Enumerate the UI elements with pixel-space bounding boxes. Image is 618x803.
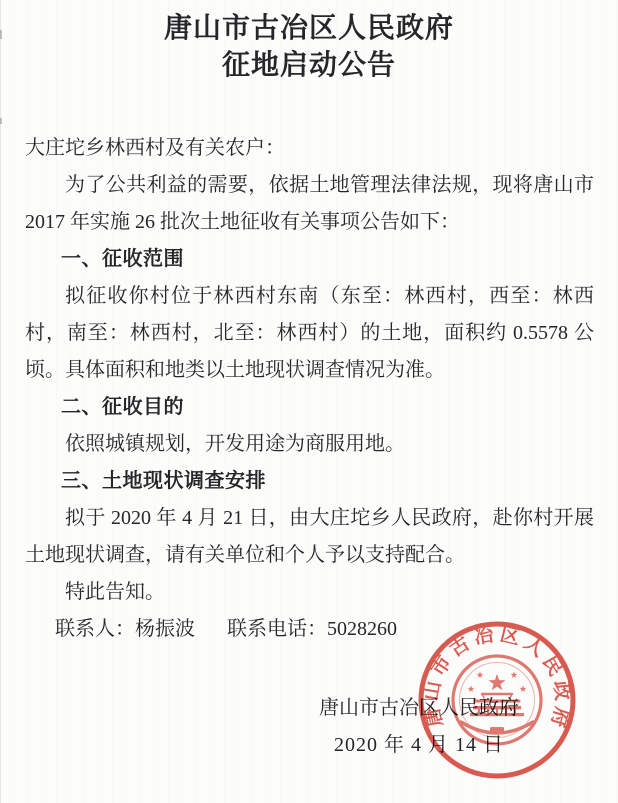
section-heading-3: 三、土地现状调查安排 bbox=[25, 463, 594, 500]
signature-issuer: 唐山市古冶区人民政府 bbox=[25, 690, 594, 727]
document-body: 大庄坨乡林西村及有关农户： 为了公共利益的需要，依据土地管理法律法规，现将唐山市… bbox=[0, 130, 618, 764]
document-header: 唐山市古冶区人民政府 征地启动公告 bbox=[0, 0, 618, 84]
paragraph-scope: 拟征收你村位于林西村东南（东至：林西村，西至：林西村，南至：林西村，北至：林西村… bbox=[25, 278, 594, 389]
paragraph-survey: 拟于 2020 年 4 月 21 日，由大庄坨乡人民政府，赴你村开展土地现状调查… bbox=[25, 500, 594, 574]
signature-date: 2020 年 4 月 14 日 bbox=[25, 727, 594, 764]
paragraph-purpose: 依照城镇规划，开发用途为商服用地。 bbox=[25, 426, 594, 463]
contact-person-name: 杨振波 bbox=[135, 618, 195, 640]
contact-phone-number: 5028260 bbox=[327, 618, 397, 640]
salutation: 大庄坨乡林西村及有关农户： bbox=[25, 130, 594, 167]
doc-title-line2: 征地启动公告 bbox=[0, 47, 618, 84]
paragraph-closing: 特此告知。 bbox=[25, 574, 594, 611]
section-heading-1: 一、征收范围 bbox=[25, 241, 594, 278]
document-page: 唐山市古冶区人民政府 征地启动公告 大庄坨乡林西村及有关农户： 为了公共利益的需… bbox=[0, 0, 618, 803]
contact-line: 联系人：杨振波联系电话：5028260 bbox=[25, 611, 594, 648]
scan-artifact bbox=[0, 30, 2, 39]
contact-phone-label: 联系电话： bbox=[227, 618, 327, 640]
paragraph-intro: 为了公共利益的需要，依据土地管理法律法规，现将唐山市 2017 年实施 26 批… bbox=[25, 167, 594, 241]
scan-artifact bbox=[0, 118, 2, 124]
section-heading-2: 二、征收目的 bbox=[25, 389, 594, 426]
doc-title-line1: 唐山市古冶区人民政府 bbox=[0, 10, 618, 47]
contact-person-label: 联系人： bbox=[55, 618, 135, 640]
